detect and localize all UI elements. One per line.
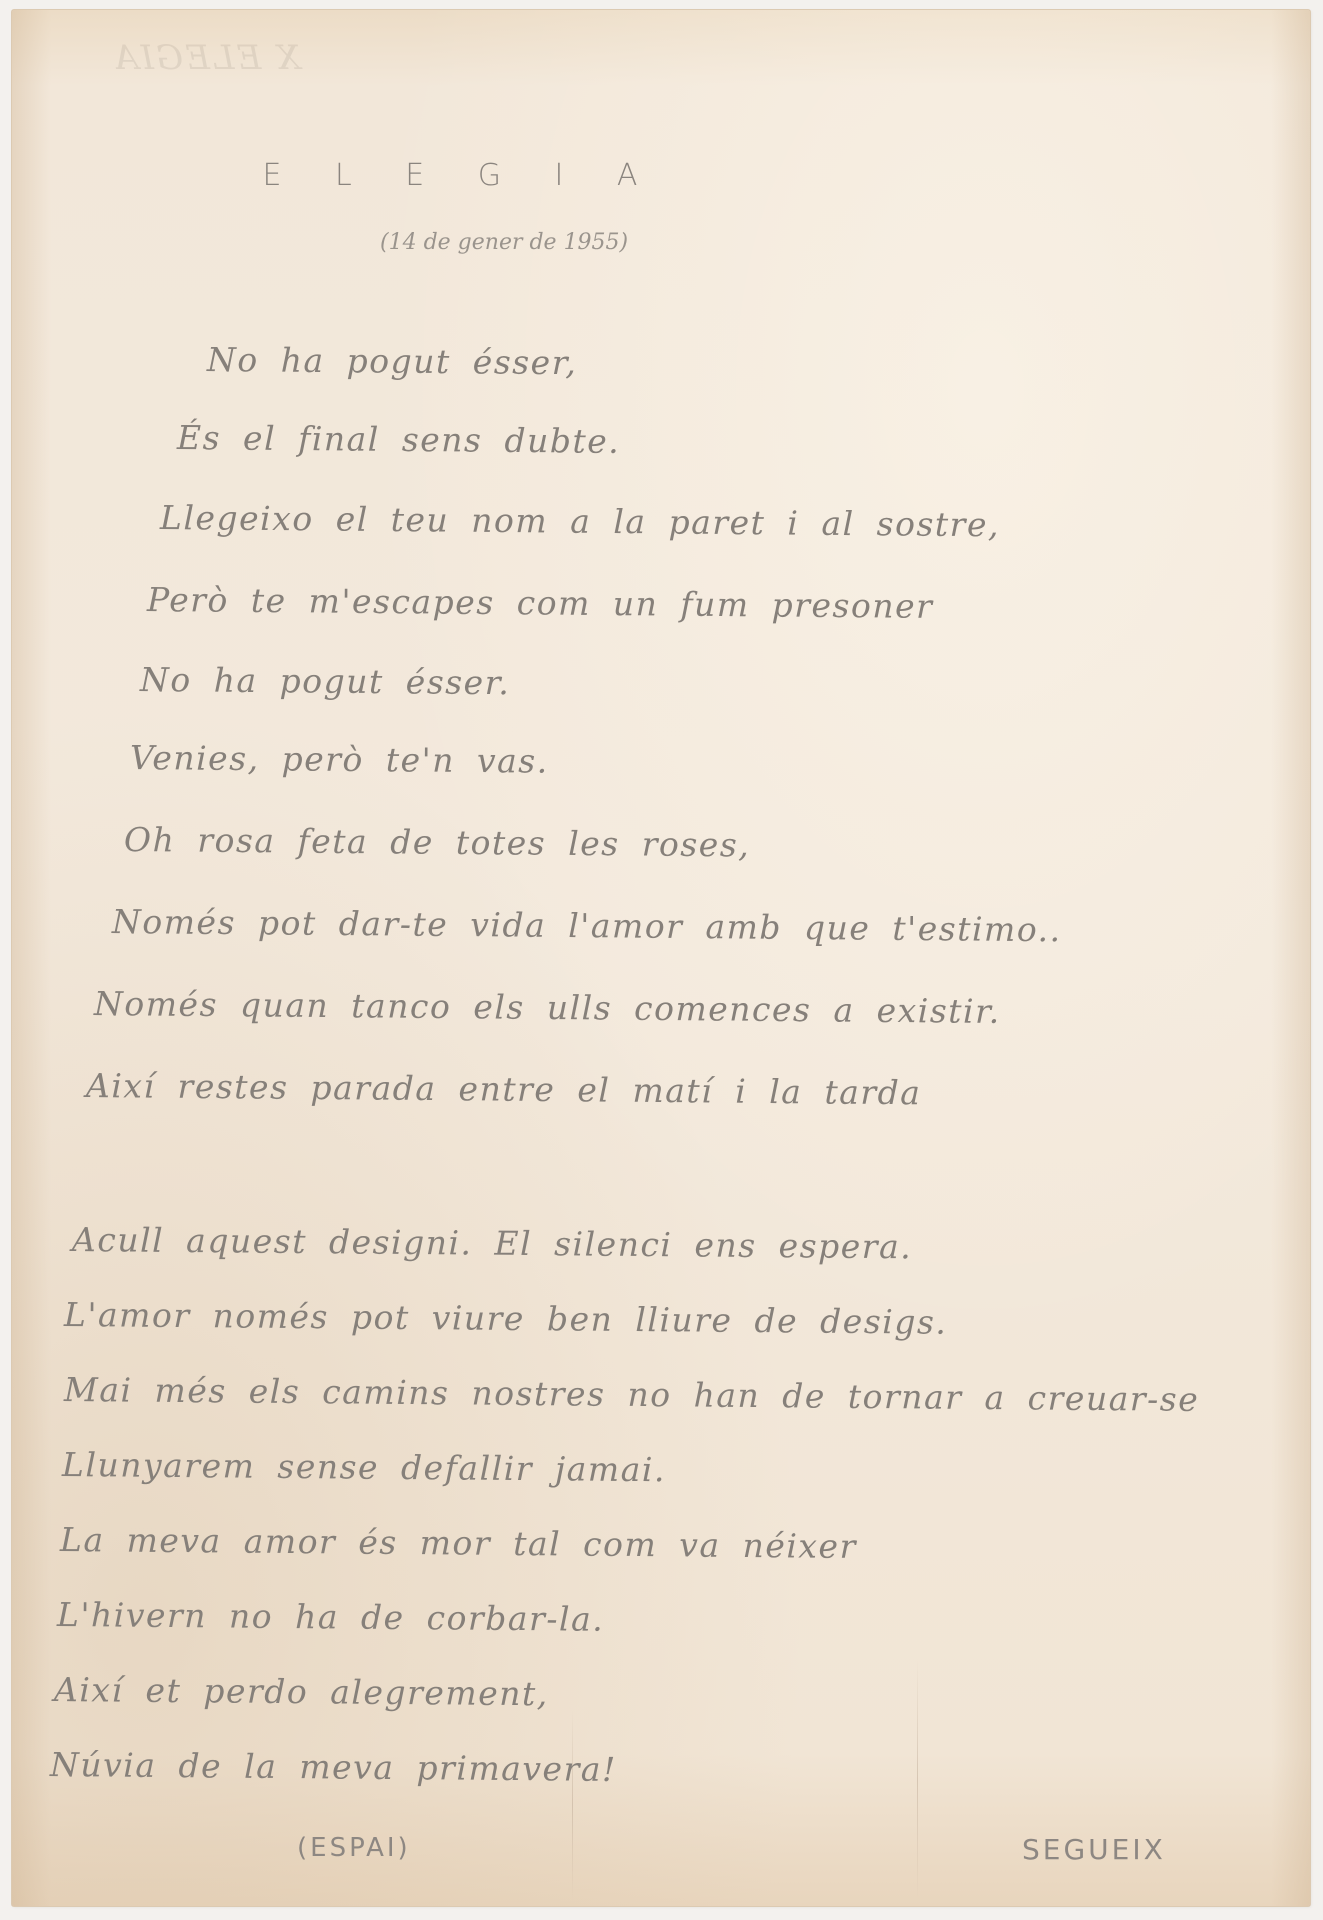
verse-line: L'amor només pot viure ben lliure de des… [64,1295,948,1342]
paper-crease [572,1710,573,1900]
show-through-mark: X ELEGIA [112,38,300,78]
verse-line: Llunyarem sense defallir jamai. [62,1445,666,1489]
verse-line: Així et perdo alegrement, [54,1670,549,1713]
verse-line: Acull aquest designi. El silenci ens esp… [72,1220,913,1266]
verse-line: És el final sens dubte. [177,418,621,461]
poem-date: (14 de gener de 1955) [380,230,628,255]
verse-line: Núvia de la meva primavera! [50,1745,617,1789]
verse-line: Mai més els camins nostres no han de tor… [64,1370,1200,1419]
verse-line: Però te m'escapes com un fum presoner [147,580,934,626]
continues-note: SEGUEIX [1022,1833,1166,1866]
verse-line: Llegeixo el teu nom a la paret i al sost… [160,498,1000,544]
verse-line: La meva amor és mor tal com va néixer [60,1520,857,1566]
verse-line: Només quan tanco els ulls comences a exi… [94,984,1001,1031]
poem-title: E L E G I A [0,158,1110,193]
verse-line: Només pot dar-te vida l'amor amb que t'e… [112,902,1062,949]
verse-line: Així restes parada entre el matí i la ta… [86,1066,922,1112]
paper-crease [917,1660,918,1900]
verse-line: No ha pogut ésser. [140,660,511,702]
verse-line: Venies, però te'n vas. [130,738,549,781]
verse-line: No ha pogut ésser, [207,340,578,382]
verse-line: L'hivern no ha de corbar-la. [57,1595,605,1639]
verse-line: Oh rosa feta de totes les roses, [124,820,751,864]
manuscript-page: X ELEGIA E L E G I A (14 de gener de 195… [12,10,1310,1906]
space-note: (ESPAI) [297,1833,411,1863]
